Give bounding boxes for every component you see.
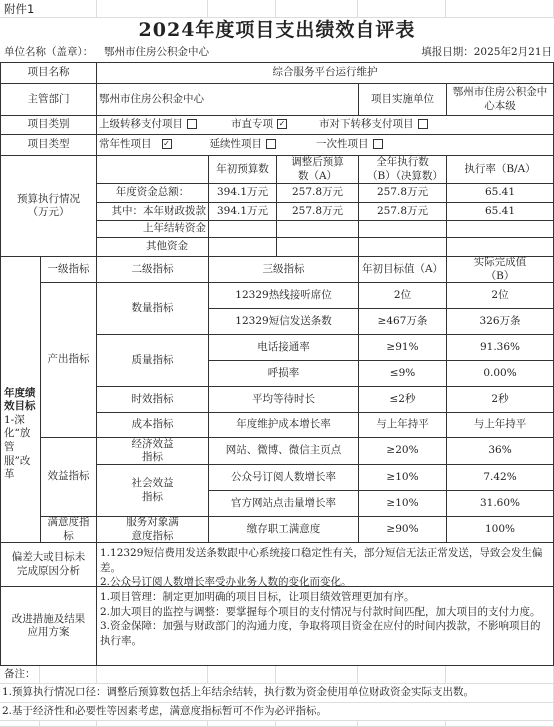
- category-option[interactable]: 市直专项✓: [231, 118, 291, 131]
- budget-cell: 257.8万元: [358, 183, 447, 203]
- type-option[interactable]: 延续性项目: [210, 138, 281, 151]
- budget-row-label: 上年结转资金: [96, 220, 209, 238]
- budget-cell: 65.41: [446, 202, 554, 221]
- level2-indicator: 数量指标: [96, 282, 209, 335]
- indicator-target: 2位: [358, 282, 447, 309]
- dept-value: 鄂州市住房公积金中心: [96, 83, 359, 116]
- budget-cell: [358, 237, 447, 257]
- budget-cell: [358, 220, 447, 238]
- budget-header: 调整后预算数（A）: [276, 155, 359, 184]
- indicator-name: 公众号订阅人数增长率: [208, 464, 359, 491]
- indicator-target: ≥90%: [358, 516, 447, 543]
- indicator-target: ≥10%: [358, 464, 447, 491]
- evaluation-sheet: 附件1 2024年度项目支出绩效自评表 单位名称（盖章）： 鄂州市住房公积金中心…: [0, 0, 554, 727]
- indicator-name: 12329热线接听席位: [208, 282, 359, 309]
- indicator-actual: 2秒: [446, 386, 554, 413]
- indicator-name: 缴存职工满意度: [208, 516, 359, 543]
- improvement-text: 1.项目管理：制定更加明确的项目目标，让项目绩效管理更加有序。 2.加大项目的监…: [96, 586, 554, 666]
- budget-cell: [276, 237, 359, 257]
- level2-indicator: 质量指标: [96, 334, 209, 387]
- deviation-text: 1.12329短信费用发送条数跟中心系统接口稳定性有关，部分短信无法正常发送，导…: [96, 542, 554, 587]
- indicator-header: 二级指标: [96, 256, 209, 283]
- indicator-target: ≥467万条: [358, 308, 447, 335]
- indicator-name: 官方网站点击量增长率: [208, 490, 359, 517]
- indicator-header: 实际完成值（B）: [446, 256, 554, 283]
- fill-date: 填报日期：2025年2月21日: [358, 44, 554, 62]
- note-line: 1.预算执行情况口径：调整后预算数包括上年结余结转，执行数为资金使用单位财政资金…: [0, 684, 554, 703]
- checkbox-checked-icon[interactable]: ✓: [162, 139, 172, 149]
- unit-name: 鄂州市住房公积金中心: [102, 44, 242, 62]
- indicator-header: 三级指标: [208, 256, 359, 283]
- indicator-actual: 31.60%: [446, 490, 554, 517]
- level1-indicator: 效益指标: [40, 437, 97, 517]
- checkbox-icon[interactable]: [266, 139, 276, 149]
- budget-label: 预算执行情况（万元）: [0, 155, 97, 257]
- indicator-target: ≤2秒: [358, 386, 447, 413]
- budget-cell: [446, 237, 554, 257]
- level1-indicator: 满意度指标: [40, 516, 97, 543]
- level2-indicator: 社会效益指标: [96, 464, 209, 517]
- level2-indicator: 成本指标: [96, 412, 209, 438]
- notes-label: 备注：: [2, 666, 62, 684]
- checkbox-icon[interactable]: [418, 119, 428, 129]
- type-option[interactable]: 一次性项目: [316, 138, 387, 151]
- budget-row-label: 其他资金: [96, 237, 209, 257]
- checkbox-icon[interactable]: [187, 119, 197, 129]
- budget-cell: 257.8万元: [358, 202, 447, 221]
- indicator-target: ≥91%: [358, 334, 447, 361]
- budget-header: 执行率（B/A）: [446, 155, 554, 184]
- indicator-header: 一级指标: [40, 256, 97, 283]
- level2-indicator: 时效指标: [96, 386, 209, 413]
- budget-cell: [208, 237, 277, 257]
- note-line: 2.基于经济性和必要性等因素考虑，满意度指标暂可不作为必评指标。: [0, 703, 554, 721]
- budget-header: 全年执行数（B）（决算数）: [358, 155, 447, 184]
- level1-indicator: 产出指标: [40, 282, 97, 438]
- budget-cell: 394.1万元: [208, 183, 277, 203]
- budget-cell: [276, 220, 359, 238]
- indicator-header: 年初目标值（A）: [358, 256, 447, 283]
- improvement-label: 改进措施及结果应用方案: [0, 586, 97, 666]
- budget-cell: 65.41: [446, 183, 554, 203]
- category-option[interactable]: 上级转移支付项目: [99, 118, 201, 131]
- indicator-target: ≥20%: [358, 437, 447, 465]
- indicator-actual: 2位: [446, 282, 554, 309]
- budget-row-label: 年度资金总额：: [96, 183, 209, 203]
- impl-unit-label: 项目实施单位: [358, 83, 447, 116]
- type-label: 项目类型: [0, 134, 97, 156]
- indicator-actual: 7.42%: [446, 464, 554, 491]
- budget-cell: 394.1万元: [208, 202, 277, 221]
- level2-indicator: 经济效益指标: [96, 437, 209, 465]
- indicator-name: 年度维护成本增长率: [208, 412, 359, 438]
- budget-cell: [446, 220, 554, 238]
- indicator-actual: 36%: [446, 437, 554, 465]
- indicator-name: 电话接通率: [208, 334, 359, 361]
- dept-label: 主管部门: [0, 83, 97, 116]
- indicator-name: 呼损率: [208, 360, 359, 387]
- project-name: 综合服务平台运行维护: [96, 62, 554, 84]
- level2-indicator: 服务对象满意度指标: [96, 516, 209, 543]
- budget-header: 年初预算数: [208, 155, 277, 184]
- attachment-label: 附件1: [2, 0, 97, 18]
- category-label: 项目类别: [0, 115, 97, 135]
- budget-header-blank: [96, 155, 209, 184]
- budget-row-label: 其中：本年财政拨款: [96, 202, 209, 221]
- checkbox-checked-icon[interactable]: ✓: [277, 119, 287, 129]
- category-option[interactable]: 市对下转移支付项目: [319, 118, 432, 131]
- budget-cell: 257.8万元: [276, 202, 359, 221]
- indicator-name: 网站、微博、微信主页点: [208, 437, 359, 465]
- indicator-actual: 91.36%: [446, 334, 554, 361]
- type-option[interactable]: 常年性项目✓: [99, 138, 176, 151]
- unit-label: 单位名称（盖章）：: [2, 44, 102, 62]
- indicator-actual: 100%: [446, 516, 554, 543]
- impl-unit-value: 鄂州市住房公积金中心本级: [446, 83, 554, 116]
- project-name-label: 项目名称: [0, 62, 97, 84]
- page-title: 2024年度项目支出绩效自评表: [0, 18, 554, 44]
- indicator-name: 12329短信发送条数: [208, 308, 359, 335]
- deviation-label: 偏差大或目标未完成原因分析: [0, 542, 97, 587]
- indicator-actual: 0.00%: [446, 360, 554, 387]
- indicator-target: 与上年持平: [358, 412, 447, 438]
- indicator-actual: 与上年持平: [446, 412, 554, 438]
- indicator-target: ≥10%: [358, 490, 447, 517]
- budget-cell: 257.8万元: [276, 183, 359, 203]
- budget-cell: [208, 220, 277, 238]
- indicator-actual: 326万条: [446, 308, 554, 335]
- performance-goal-label: 年度绩效目标1-深化“放管服”改革: [0, 256, 41, 543]
- checkbox-icon[interactable]: [373, 139, 383, 149]
- category-options: 上级转移支付项目 市直专项✓ 市对下转移支付项目: [96, 115, 554, 135]
- indicator-target: ≤9%: [358, 360, 447, 387]
- indicator-name: 平均等待时长: [208, 386, 359, 413]
- type-options: 常年性项目✓ 延续性项目 一次性项目: [96, 134, 554, 156]
